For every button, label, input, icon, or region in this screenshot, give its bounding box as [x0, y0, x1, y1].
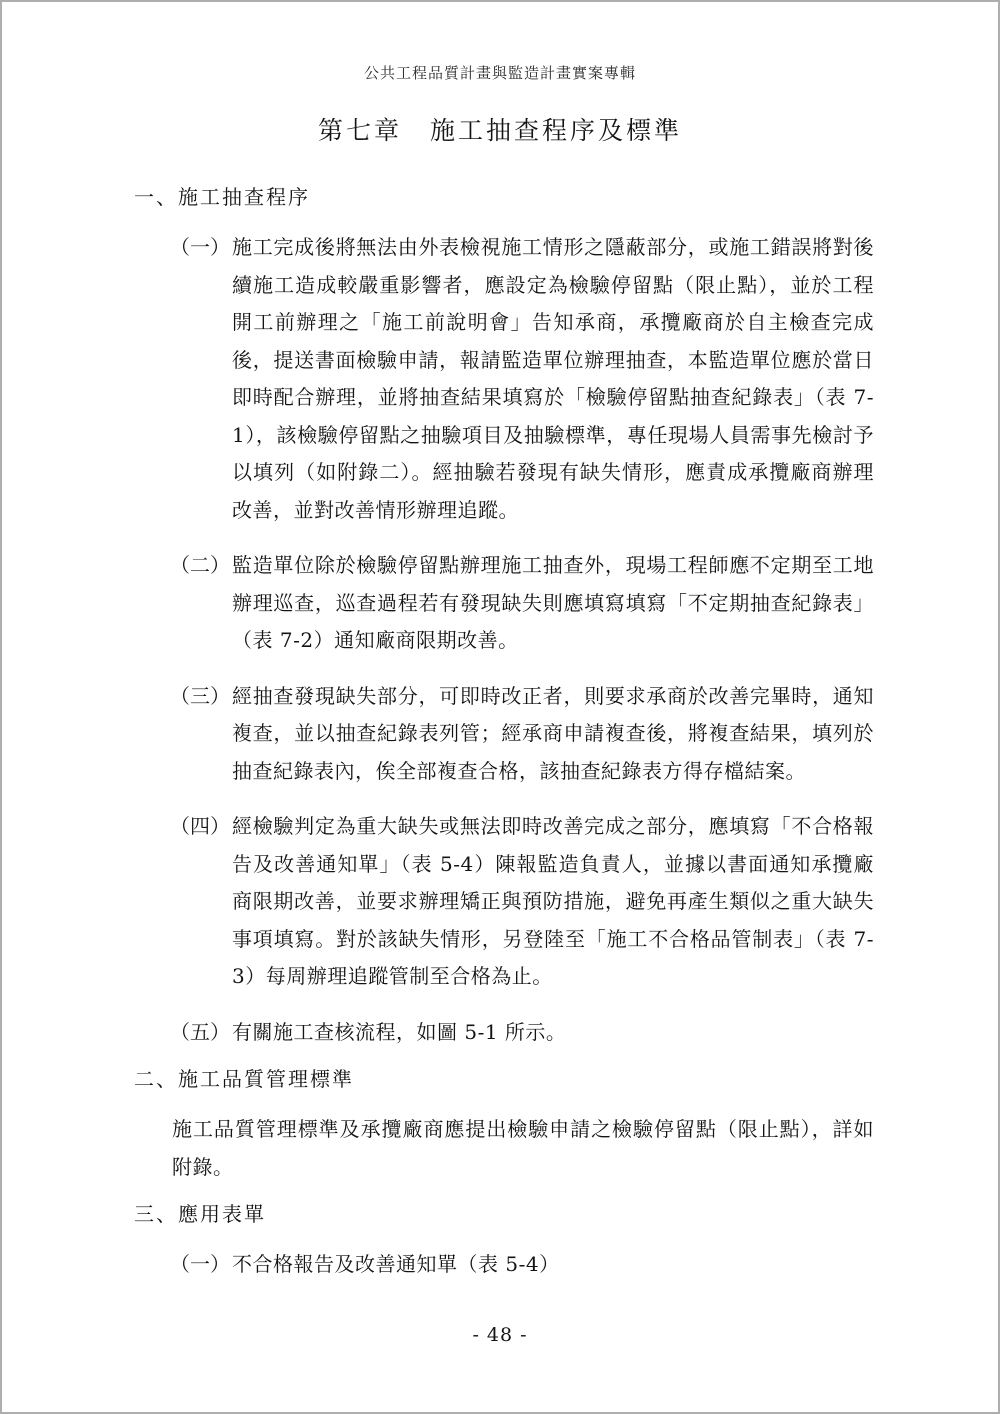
list-item-1-5: （五） 有關施工查核流程，如圖 5-1 所示。 — [232, 1014, 874, 1052]
item-text: 經抽查發現缺失部分，可即時改正者，則要求承商於改善完畢時，通知複查，並以抽查紀錄… — [232, 684, 874, 783]
item-marker: （二） — [170, 547, 230, 585]
section-heading-3: 三、應用表單 — [134, 1200, 998, 1228]
page-number: - 48 - — [2, 1324, 998, 1346]
item-text: 有關施工查核流程，如圖 5-1 所示。 — [232, 1020, 566, 1044]
section-heading-1: 一、施工抽查程序 — [134, 183, 998, 211]
list-item-1-1: （一） 施工完成後將無法由外表檢視施工情形之隱蔽部分，或施工錯誤將對後續施工造成… — [232, 229, 874, 529]
list-item-1-4: （四） 經檢驗判定為重大缺失或無法即時改善完成之部分，應填寫「不合格報告及改善通… — [232, 808, 874, 996]
list-item-3-1: （一） 不合格報告及改善通知單（表 5-4） — [232, 1246, 874, 1284]
list-item-1-2: （二） 監造單位除於檢驗停留點辦理施工抽查外，現場工程師應不定期至工地辦理巡查，… — [232, 547, 874, 660]
item-text: 監造單位除於檢驗停留點辦理施工抽查外，現場工程師應不定期至工地辦理巡查，巡查過程… — [232, 553, 874, 652]
item-marker: （四） — [170, 808, 230, 846]
item-text: 經檢驗判定為重大缺失或無法即時改善完成之部分，應填寫「不合格報告及改善通知單」（… — [232, 814, 874, 988]
chapter-title: 第七章 施工抽查程序及標準 — [2, 111, 998, 147]
document-header: 公共工程品質計畫與監造計畫實案專輯 — [2, 62, 998, 83]
document-page: 公共工程品質計畫與監造計畫實案專輯 第七章 施工抽查程序及標準 一、施工抽查程序… — [0, 0, 1000, 1414]
item-marker: （三） — [170, 678, 230, 716]
item-marker: （一） — [170, 1246, 230, 1284]
item-marker: （五） — [170, 1014, 230, 1052]
section-2-paragraph: 施工品質管理標準及承攬廠商應提出檢驗申請之檢驗停留點（限止點），詳如附錄。 — [172, 1111, 874, 1186]
section-heading-2: 二、施工品質管理標準 — [134, 1065, 998, 1093]
item-text: 施工完成後將無法由外表檢視施工情形之隱蔽部分，或施工錯誤將對後續施工造成較嚴重影… — [232, 235, 874, 522]
list-item-1-3: （三） 經抽查發現缺失部分，可即時改正者，則要求承商於改善完畢時，通知複查，並以… — [232, 678, 874, 791]
item-text: 不合格報告及改善通知單（表 5-4） — [232, 1252, 560, 1276]
item-marker: （一） — [170, 229, 230, 267]
